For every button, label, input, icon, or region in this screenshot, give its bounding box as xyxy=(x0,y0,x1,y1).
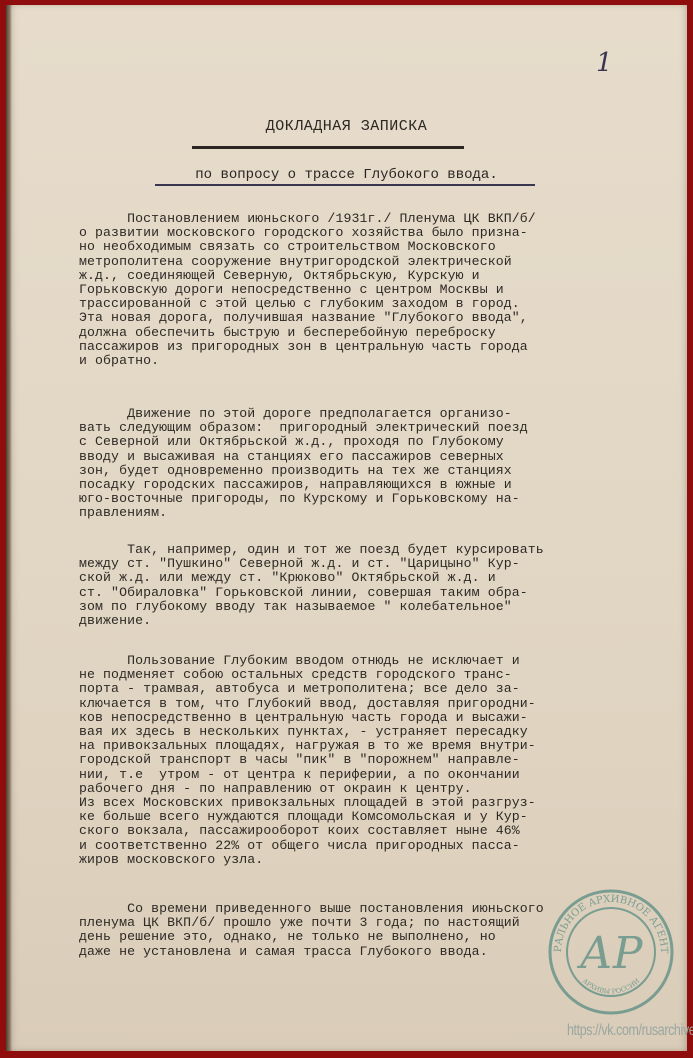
text-line: вводу и высаживая на станциях его пассаж… xyxy=(79,450,679,464)
svg-text:АРХИВЫ РОССИИ: АРХИВЫ РОССИИ xyxy=(581,977,642,996)
text-line: Пользование Глубоким вводом отнюдь не ис… xyxy=(79,654,679,668)
text-line: Эта новая дорога, получившая название "Г… xyxy=(79,311,679,325)
text-line: Так, например, один и тот же поезд будет… xyxy=(79,543,679,557)
text-line: движение. xyxy=(79,614,679,628)
document-subtitle: по вопросу о трассе Глубокого ввода. xyxy=(0,167,693,183)
text-line: метрополитена сооружение внутригородской… xyxy=(79,255,679,269)
paragraph: Постановлением июньского /1931г./ Пленум… xyxy=(79,212,679,368)
paragraph: Пользование Глубоким вводом отнюдь не ис… xyxy=(79,654,679,867)
text-line: но необходимым связать со строительством… xyxy=(79,240,679,254)
text-line: на привокзальных площадях, нагружая в то… xyxy=(79,739,679,753)
text-line: и соответственно 22% от общего числа при… xyxy=(79,839,679,853)
page-binding-edge xyxy=(6,5,12,1051)
text-line: трассированной с этой целью с глубоким з… xyxy=(79,297,679,311)
text-line: о развитии московского городского хозяйс… xyxy=(79,226,679,240)
title-underline xyxy=(192,146,464,149)
watermark-url: https://vk.com/rusarchives xyxy=(567,1022,693,1040)
text-line: городской транспорт в часы "пик" в "поро… xyxy=(79,753,679,767)
text-line: посадку городских пассажиров, направляющ… xyxy=(79,478,679,492)
text-line: ков непосредственно в центральную часть … xyxy=(79,711,679,725)
text-line: ской ж.д. или между ст. "Крюково" Октябр… xyxy=(79,571,679,585)
text-line: жиров московского узла. xyxy=(79,853,679,867)
paragraph: Движение по этой дороге предполагается о… xyxy=(79,407,679,521)
text-line: порта - трамвая, автобуса и метрополитен… xyxy=(79,682,679,696)
text-line: ст. "Обираловка" Горьковской линии, сове… xyxy=(79,586,679,600)
text-line: ключается в том, что Глубокий ввод, дост… xyxy=(79,697,679,711)
text-line: ж.д., соединяющей Северную, Октябрьскую,… xyxy=(79,269,679,283)
text-line: с Северной или Октябрьской ж.д., проходя… xyxy=(79,435,679,449)
archive-stamp-icon: ФЕДЕРАЛЬНОЕ АРХИВНОЕ АГЕНТСТВО АРХИВЫ РО… xyxy=(547,888,675,1016)
subtitle-underline xyxy=(155,184,535,186)
text-line: ке больше всего нуждаются площади Комсом… xyxy=(79,810,679,824)
text-line: нии, т.е утром - от центра к периферии, … xyxy=(79,768,679,782)
text-line: правлениям. xyxy=(79,506,679,520)
text-line: Горьковскую дороги непосредственно с цен… xyxy=(79,283,679,297)
text-line: Из всех Московских привокзальных площаде… xyxy=(79,796,679,810)
document-title: ДОКЛАДНАЯ ЗАПИСКА xyxy=(0,118,693,135)
text-line: юго-восточные пригороды, по Курскому и Г… xyxy=(79,492,679,506)
text-line: вая их здесь в нескольких пунктах, - уст… xyxy=(79,725,679,739)
text-line: зон, будет одновременно производить на т… xyxy=(79,464,679,478)
paragraph: Так, например, один и тот же поезд будет… xyxy=(79,543,679,628)
text-line: пассажиров из пригородных зон в централь… xyxy=(79,340,679,354)
text-line: должна обеспечить быструю и бесперебойну… xyxy=(79,326,679,340)
text-line: Постановлением июньского /1931г./ Пленум… xyxy=(79,212,679,226)
page-number: 1 xyxy=(596,48,613,78)
text-line: ского вокзала, пассажирооборот коих сост… xyxy=(79,824,679,838)
text-line: Движение по этой дороге предполагается о… xyxy=(79,407,679,421)
text-line: и обратно. xyxy=(79,354,679,368)
text-line: не подменяет собою остальных средств гор… xyxy=(79,668,679,682)
svg-text:АР: АР xyxy=(577,928,644,979)
text-line: рабочего дня - по направлению от окраин … xyxy=(79,782,679,796)
text-line: вать следующим образом: пригородный элек… xyxy=(79,421,679,435)
text-line: между ст. "Пушкино" Северной ж.д. и ст. … xyxy=(79,557,679,571)
text-line: зом по глубокому вводу так называемое " … xyxy=(79,600,679,614)
